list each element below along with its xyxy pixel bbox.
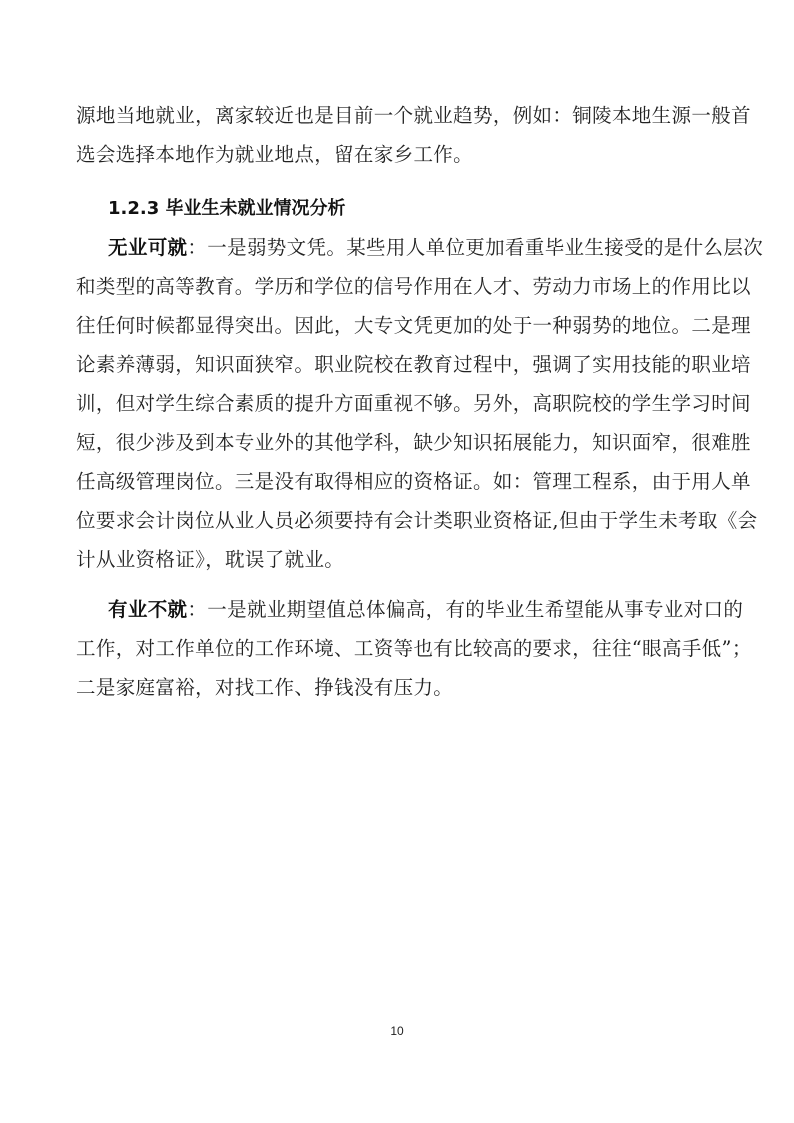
- body-text-line: 训，但对学生综合素质的提升方面重视不够。另外，高职院校的学生学习时间: [76, 392, 720, 416]
- body-text-line: 计从业资格证》，耽误了就业。: [76, 548, 720, 572]
- body-text-line: 工作，对工作单位的工作环境、工资等也有比较高的要求，往往“眼高手低”；: [76, 637, 720, 661]
- body-text-line: 位要求会计岗位从业人员必须要持有会计类职业资格证,但由于学生未考取《会: [76, 509, 720, 533]
- body-text-line: 论素养薄弱，知识面狭窄。职业院校在教育过程中，强调了实用技能的职业培: [76, 353, 720, 377]
- body-text-line: 任高级管理岗位。三是没有取得相应的资格证。如：管理工程系，由于用人单: [76, 470, 720, 494]
- body-text-line: 二是家庭富裕，对找工作、挣钱没有压力。: [76, 676, 720, 700]
- body-text-line: 源地当地就业，离家较近也是目前一个就业趋势，例如：铜陵本地生源一般首: [76, 104, 720, 128]
- paragraph-first-line-text: ：一是弱势文凭。某些用人单位更加看重毕业生接受的是什么层次: [187, 236, 763, 259]
- section-heading: 1.2.3 毕业生未就业情况分析: [108, 197, 346, 221]
- body-text-line: 和类型的高等教育。学历和学位的信号作用在人才、劳动力市场上的作用比以: [76, 275, 720, 299]
- document-page: 源地当地就业，离家较近也是目前一个就业趋势，例如：铜陵本地生源一般首 选会选择本…: [0, 0, 794, 1123]
- paragraph-lead-term: 有业不就: [108, 598, 187, 621]
- paragraph-lead-term: 无业可就: [108, 236, 187, 259]
- paragraph-first-line-text: ：一是就业期望值总体偏高，有的毕业生希望能从事专业对口的: [187, 598, 743, 621]
- body-text-line: 往任何时候都显得突出。因此，大专文凭更加的处于一种弱势的地位。二是理: [76, 314, 720, 338]
- body-text-line: 选会选择本地作为就业地点，留在家乡工作。: [76, 143, 720, 167]
- body-text-line: 短，很少涉及到本专业外的其他学科，缺少知识拓展能力，知识面窄，很难胜: [76, 431, 720, 455]
- page-number: 10: [0, 1024, 794, 1038]
- paragraph-first-line: 无业可就：一是弱势文凭。某些用人单位更加看重毕业生接受的是什么层次: [108, 236, 720, 260]
- paragraph-first-line: 有业不就：一是就业期望值总体偏高，有的毕业生希望能从事专业对口的: [108, 598, 720, 622]
